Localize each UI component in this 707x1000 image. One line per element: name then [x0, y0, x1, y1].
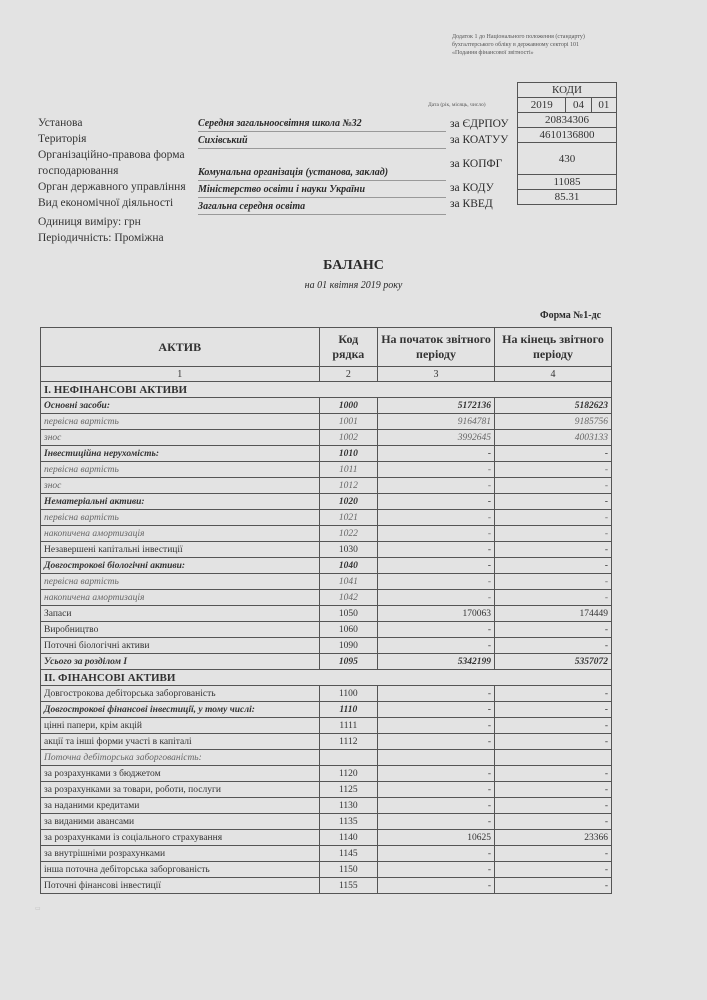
end-value: -: [495, 542, 612, 558]
label: Територія: [38, 132, 186, 148]
end-value: -: [495, 846, 612, 862]
row-code: 1000: [319, 398, 377, 414]
section-title: I. НЕФІНАНСОВІ АКТИВИ: [41, 382, 612, 398]
row-code: 1012: [319, 478, 377, 494]
start-value: 5342199: [378, 654, 495, 670]
table-row: цінні папери, крім акцій 1111 - -: [41, 718, 612, 734]
row-code: 1001: [319, 414, 377, 430]
row-label: первісна вартість: [41, 462, 320, 478]
territory-value: Сихівський: [198, 133, 446, 149]
col-number: 3: [378, 367, 495, 382]
table-row: за розрахунками із соціального страхуван…: [41, 830, 612, 846]
row-label: за розрахунками із соціального страхуван…: [41, 830, 320, 846]
table-row: Довгострокові біологічні активи: 1040 - …: [41, 558, 612, 574]
start-value: -: [378, 798, 495, 814]
label: Орган державного управління: [38, 180, 186, 196]
row-code: 1135: [319, 814, 377, 830]
row-code: 1155: [319, 878, 377, 894]
row-code: 1060: [319, 622, 377, 638]
table-row: Довгострокова дебіторська заборгованість…: [41, 686, 612, 702]
row-code: 1002: [319, 430, 377, 446]
date-label: Дата (рік, місяць, число): [428, 102, 486, 108]
table-row: Усього за розділом I 1095 5342199 535707…: [41, 654, 612, 670]
row-label: Довгострокова дебіторська заборгованість: [41, 686, 320, 702]
row-label: цінні папери, крім акцій: [41, 718, 320, 734]
col-header: АКТИВ: [41, 328, 320, 367]
row-code: 1090: [319, 638, 377, 654]
end-value: -: [495, 590, 612, 606]
row-label: первісна вартість: [41, 414, 320, 430]
row-code: 1095: [319, 654, 377, 670]
row-label: за розрахунками з бюджетом: [41, 766, 320, 782]
balance-table: АКТИВ Код рядка На початок звітного пері…: [40, 327, 612, 894]
end-value: 9185756: [495, 414, 612, 430]
row-label: Довгострокові біологічні активи:: [41, 558, 320, 574]
row-label: Виробництво: [41, 622, 320, 638]
row-code: 1022: [319, 526, 377, 542]
row-code: 1011: [319, 462, 377, 478]
col-header: На початок звітного періоду: [378, 328, 495, 367]
table-row: за розрахунками з бюджетом 1120 - -: [41, 766, 612, 782]
activity-value: Загальна середня освіта: [198, 199, 446, 215]
row-label: Усього за розділом I: [41, 654, 320, 670]
row-label: Нематеріальні активи:: [41, 494, 320, 510]
row-code: 1150: [319, 862, 377, 878]
row-code: [319, 750, 377, 766]
row-label: первісна вартість: [41, 574, 320, 590]
row-code: 1110: [319, 702, 377, 718]
table-row: первісна вартість 1011 - -: [41, 462, 612, 478]
code-labels: за ЄДРПОУ за КОАТУУ за КОПФГ за КОДУ за …: [450, 116, 508, 212]
start-value: 9164781: [378, 414, 495, 430]
table-row: Нематеріальні активи: 1020 - -: [41, 494, 612, 510]
end-value: 174449: [495, 606, 612, 622]
table-row: за розрахунками за товари, роботи, послу…: [41, 782, 612, 798]
end-value: 5182623: [495, 398, 612, 414]
row-code: 1050: [319, 606, 377, 622]
start-value: -: [378, 718, 495, 734]
table-row: первісна вартість 1021 - -: [41, 510, 612, 526]
table-row: інша поточна дебіторська заборгованість …: [41, 862, 612, 878]
row-label: накопичена амортизація: [41, 590, 320, 606]
start-value: -: [378, 462, 495, 478]
end-value: -: [495, 686, 612, 702]
end-value: -: [495, 734, 612, 750]
end-value: -: [495, 638, 612, 654]
code-kopfg: 430: [518, 143, 617, 175]
start-value: 170063: [378, 606, 495, 622]
footer-left: ▭: [35, 905, 41, 912]
end-value: 5357072: [495, 654, 612, 670]
section-row: II. ФІНАНСОВІ АКТИВИ: [41, 670, 612, 686]
row-label: Довгострокові фінансові інвестиції, у то…: [41, 702, 320, 718]
row-code: 1130: [319, 798, 377, 814]
row-label: Основні засоби:: [41, 398, 320, 414]
code-kved: 85.31: [518, 190, 617, 205]
label: Одиниця виміру: грн: [38, 215, 186, 231]
end-value: -: [495, 558, 612, 574]
row-code: 1100: [319, 686, 377, 702]
codes-header: КОДИ: [518, 83, 617, 98]
col-header: На кінець звітного періоду: [495, 328, 612, 367]
code-edrpou: 20834306: [518, 113, 617, 128]
row-label: Незавершені капітальні інвестиції: [41, 542, 320, 558]
table-row: первісна вартість 1001 9164781 9185756: [41, 414, 612, 430]
note-line: Додаток 1 до Національного положення (ст…: [452, 33, 642, 41]
start-value: -: [378, 814, 495, 830]
table-row: Поточні фінансові інвестиції 1155 - -: [41, 878, 612, 894]
start-value: 5172136: [378, 398, 495, 414]
row-label: Поточні фінансові інвестиції: [41, 878, 320, 894]
row-code: 1140: [319, 830, 377, 846]
page-subtitle: на 01 квітня 2019 року: [0, 280, 707, 291]
za-label: за КОАТУУ: [450, 132, 508, 148]
row-code: 1021: [319, 510, 377, 526]
start-value: -: [378, 766, 495, 782]
col-number: 1: [41, 367, 320, 382]
date-day: 01: [591, 98, 616, 113]
row-label: інша поточна дебіторська заборгованість: [41, 862, 320, 878]
end-value: -: [495, 702, 612, 718]
label: Установа: [38, 116, 186, 132]
za-label: за ЄДРПОУ: [450, 116, 508, 132]
table-row: накопичена амортизація 1022 - -: [41, 526, 612, 542]
codes-table: КОДИ 20190401 20834306 4610136800 430 11…: [517, 82, 617, 205]
table-row: первісна вартість 1041 - -: [41, 574, 612, 590]
table-row: за наданими кредитами 1130 - -: [41, 798, 612, 814]
end-value: -: [495, 718, 612, 734]
institution-value: Середня загальноосвітня школа №32: [198, 116, 446, 132]
za-label: за КВЕД: [450, 196, 508, 212]
start-value: -: [378, 702, 495, 718]
end-value: -: [495, 814, 612, 830]
table-row: Запаси 1050 170063 174449: [41, 606, 612, 622]
end-value: -: [495, 862, 612, 878]
row-code: 1125: [319, 782, 377, 798]
code-koatuu: 4610136800: [518, 128, 617, 143]
label: господарювання: [38, 164, 186, 180]
page-title: БАЛАНС: [0, 258, 707, 274]
row-code: 1120: [319, 766, 377, 782]
row-code: 1112: [319, 734, 377, 750]
row-label: знос: [41, 478, 320, 494]
start-value: -: [378, 862, 495, 878]
row-label: за розрахунками за товари, роботи, послу…: [41, 782, 320, 798]
table-row: накопичена амортизація 1042 - -: [41, 590, 612, 606]
start-value: -: [378, 574, 495, 590]
end-value: -: [495, 478, 612, 494]
end-value: -: [495, 446, 612, 462]
label: Організаційно-правова форма: [38, 148, 186, 164]
row-label: Запаси: [41, 606, 320, 622]
start-value: -: [378, 622, 495, 638]
section-title: II. ФІНАНСОВІ АКТИВИ: [41, 670, 612, 686]
row-code: 1041: [319, 574, 377, 590]
start-value: -: [378, 638, 495, 654]
table-row: Довгострокові фінансові інвестиції, у то…: [41, 702, 612, 718]
table-row: Поточні біологічні активи 1090 - -: [41, 638, 612, 654]
row-code: 1111: [319, 718, 377, 734]
col-header: Код рядка: [319, 328, 377, 367]
start-value: -: [378, 510, 495, 526]
table-row: знос 1012 - -: [41, 478, 612, 494]
date-year: 2019: [518, 98, 566, 113]
label: Вид економічної діяльності: [38, 196, 186, 212]
table-row: за внутрішніми розрахунками 1145 - -: [41, 846, 612, 862]
row-label: Поточні біологічні активи: [41, 638, 320, 654]
row-code: 1042: [319, 590, 377, 606]
end-value: 4003133: [495, 430, 612, 446]
end-value: -: [495, 462, 612, 478]
start-value: -: [378, 478, 495, 494]
end-value: 23366: [495, 830, 612, 846]
end-value: -: [495, 510, 612, 526]
table-row: Інвестиційна нерухомість: 1010 - -: [41, 446, 612, 462]
row-label: за виданими авансами: [41, 814, 320, 830]
note-line: бухгалтерського обліку в державному сект…: [452, 41, 642, 49]
end-value: -: [495, 574, 612, 590]
col-number: 4: [495, 367, 612, 382]
end-value: -: [495, 782, 612, 798]
end-value: -: [495, 622, 612, 638]
row-code: 1010: [319, 446, 377, 462]
legal-form-value: Комунальна організація (установа, заклад…: [198, 165, 446, 181]
row-code: 1030: [319, 542, 377, 558]
row-label: за внутрішніми розрахунками: [41, 846, 320, 862]
end-value: -: [495, 878, 612, 894]
date-month: 04: [566, 98, 591, 113]
start-value: 10625: [378, 830, 495, 846]
header-values: Середня загальноосвітня школа №32 Сихівс…: [198, 116, 446, 216]
col-number: 2: [319, 367, 377, 382]
table-row: за виданими авансами 1135 - -: [41, 814, 612, 830]
start-value: -: [378, 846, 495, 862]
row-label: акції та інші форми участі в капіталі: [41, 734, 320, 750]
form-number: Форма №1-дс: [540, 310, 601, 321]
label: Періодичність: Проміжна: [38, 231, 186, 247]
za-label: за КОПФГ: [450, 148, 508, 180]
code-kodu: 11085: [518, 175, 617, 190]
row-label: знос: [41, 430, 320, 446]
start-value: -: [378, 558, 495, 574]
start-value: -: [378, 494, 495, 510]
end-value: [495, 750, 612, 766]
start-value: -: [378, 734, 495, 750]
row-label: Поточна дебіторська заборгованість:: [41, 750, 320, 766]
start-value: -: [378, 446, 495, 462]
start-value: -: [378, 878, 495, 894]
row-label: первісна вартість: [41, 510, 320, 526]
table-row: Основні засоби: 1000 5172136 5182623: [41, 398, 612, 414]
row-code: 1040: [319, 558, 377, 574]
start-value: -: [378, 686, 495, 702]
za-label: за КОДУ: [450, 180, 508, 196]
end-value: -: [495, 766, 612, 782]
end-value: -: [495, 526, 612, 542]
row-code: 1145: [319, 846, 377, 862]
table-row: Поточна дебіторська заборгованість:: [41, 750, 612, 766]
row-label: накопичена амортизація: [41, 526, 320, 542]
row-label: за наданими кредитами: [41, 798, 320, 814]
table-row: акції та інші форми участі в капіталі 11…: [41, 734, 612, 750]
start-value: [378, 750, 495, 766]
table-row: Виробництво 1060 - -: [41, 622, 612, 638]
start-value: -: [378, 526, 495, 542]
note-line: «Подання фінансової звітності»: [452, 49, 642, 57]
row-label: Інвестиційна нерухомість:: [41, 446, 320, 462]
appendix-note: Додаток 1 до Національного положення (ст…: [452, 33, 642, 57]
row-code: 1020: [319, 494, 377, 510]
start-value: 3992645: [378, 430, 495, 446]
section-row: I. НЕФІНАНСОВІ АКТИВИ: [41, 382, 612, 398]
header-labels: Установа Територія Організаційно-правова…: [38, 116, 186, 247]
start-value: -: [378, 782, 495, 798]
table-row: знос 1002 3992645 4003133: [41, 430, 612, 446]
start-value: -: [378, 542, 495, 558]
authority-value: Міністерство освіти і науки України: [198, 182, 446, 198]
start-value: -: [378, 590, 495, 606]
table-row: Незавершені капітальні інвестиції 1030 -…: [41, 542, 612, 558]
end-value: -: [495, 798, 612, 814]
end-value: -: [495, 494, 612, 510]
